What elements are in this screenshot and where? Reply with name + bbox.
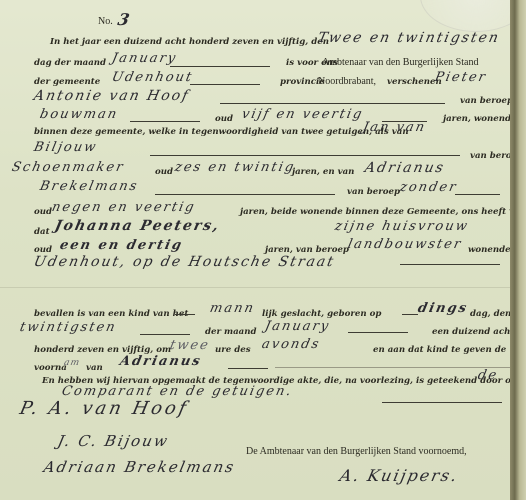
hw-witness1-occupation: Schoenmaker — [10, 160, 126, 175]
printed-line-17b: van — [86, 363, 103, 373]
printed-line-2a: dag der maand — [34, 58, 106, 68]
hw-municipality: Udenhout — [110, 70, 194, 85]
signature-witness-1: J. C. Bijouw — [56, 432, 171, 450]
fill-rule — [400, 264, 500, 265]
signature-witness-2: Adriaan Brekelmans — [42, 458, 237, 476]
fill-rule — [348, 332, 408, 333]
printed-line-1: In het jaar een duizend acht honderd zev… — [50, 37, 329, 47]
hw-birth-weekday: dings — [416, 301, 469, 316]
printed-line-2c: Ambtenaar van den Burgerlijken Stand — [322, 57, 478, 68]
printed-line-14c: dag, den — [470, 309, 511, 319]
printed-line-10a: oud — [34, 207, 52, 217]
hw-witness1-age: zes en twintig — [173, 160, 296, 175]
hw-signed-by-1: de — [476, 368, 499, 383]
signature-informant: P. A. van Hoof — [18, 398, 191, 419]
fill-rule — [220, 103, 445, 104]
hw-witness1-surname: Biljouw — [32, 140, 98, 155]
hw-witness2-surname: Brekelmans — [38, 179, 140, 194]
section-divider — [275, 367, 510, 368]
fill-rule — [175, 314, 195, 315]
printed-line-11a: dat — [34, 227, 50, 237]
fill-rule — [155, 194, 335, 195]
fill-rule — [130, 121, 200, 122]
hw-month: January — [110, 51, 178, 66]
printed-line-6: binnen deze gemeente, welke in tegenwoor… — [34, 127, 409, 137]
printed-line-3a: der gemeente — [34, 77, 100, 87]
hw-informant-name: Antonie van Hoof — [32, 88, 191, 104]
hw-witness2-first: Adrianus — [363, 160, 446, 176]
hw-birth-hour: twee — [168, 338, 211, 353]
signature-official: A. Kuijpers. — [338, 466, 460, 485]
hw-mother-age: een en dertig — [58, 238, 184, 253]
printed-line-17a: voorna — [34, 363, 67, 373]
hw-birth-day-words: twintigsten — [18, 320, 118, 335]
hw-birth-daypart: avonds — [260, 337, 321, 352]
printed-line-5b: jaren, wonende — [443, 114, 516, 124]
book-binding-edge — [510, 0, 526, 500]
hw-informant-occupation: bouwman — [38, 107, 119, 122]
hw-day-words: Twee en twintigsten — [316, 30, 501, 46]
fill-rule — [140, 334, 190, 335]
hw-witness1-name: Jan van — [361, 120, 427, 135]
entry-number: 3 — [116, 10, 133, 29]
hw-mother-relation: zijne huisvrouw — [333, 219, 470, 234]
fill-rule — [455, 194, 500, 195]
hw-child-sex: mann — [208, 301, 256, 316]
hw-signed-by-2: Comparant en de getuigen. — [60, 384, 294, 399]
printed-line-16c: en aan dat kind te geven de — [373, 345, 506, 355]
printed-line-15a: der maand — [205, 327, 256, 337]
hw-informant-first: Pieter — [433, 70, 488, 85]
printed-line-9a: van beroep — [347, 187, 400, 197]
fill-rule — [190, 84, 260, 85]
printed-line-4a: van beroep — [460, 96, 513, 106]
printed-line-15b: een duizend acht — [432, 327, 514, 337]
hw-residence: Udenhout, op de Houtsche Straat — [32, 254, 336, 270]
register-page: No. 3 In het jaar een duizend acht honde… — [0, 0, 510, 500]
printed-line-8a: oud — [155, 167, 173, 177]
hw-mother-name: Johanna Peeters, — [53, 218, 221, 234]
entry-number-label: No. — [98, 16, 113, 27]
printed-line-8b: jaren, en van — [292, 167, 354, 177]
hw-birth-month: January — [263, 319, 331, 334]
hw-child-name: Adrianus — [118, 354, 203, 369]
hw-informant-age: vijf en veertig — [240, 107, 365, 122]
printed-line-official: De Ambtenaar van den Burgerlijken Stand … — [246, 446, 467, 457]
printed-line-14b: lijk geslacht, geboren op — [262, 309, 381, 319]
hw-voorna-suffix: am — [63, 358, 81, 368]
fill-rule — [170, 66, 270, 67]
fill-rule — [382, 402, 502, 403]
printed-line-5a: oud — [215, 114, 233, 124]
printed-line-14a: bevallen is van een kind van het — [34, 309, 188, 319]
hw-witness2-age: negen en veertig — [50, 200, 197, 215]
printed-line-10b: jaren, beide wonende binnen deze Gemeent… — [240, 207, 526, 217]
fill-rule — [150, 155, 460, 156]
divider — [0, 287, 510, 288]
fill-rule — [228, 368, 268, 369]
hw-witness2-occupation: zonder — [398, 180, 458, 195]
printed-line-16b: ure des — [215, 345, 251, 355]
printed-line-3c: Noordbrabant, — [318, 76, 376, 87]
hw-mother-occupation: landbouwster — [346, 237, 463, 252]
